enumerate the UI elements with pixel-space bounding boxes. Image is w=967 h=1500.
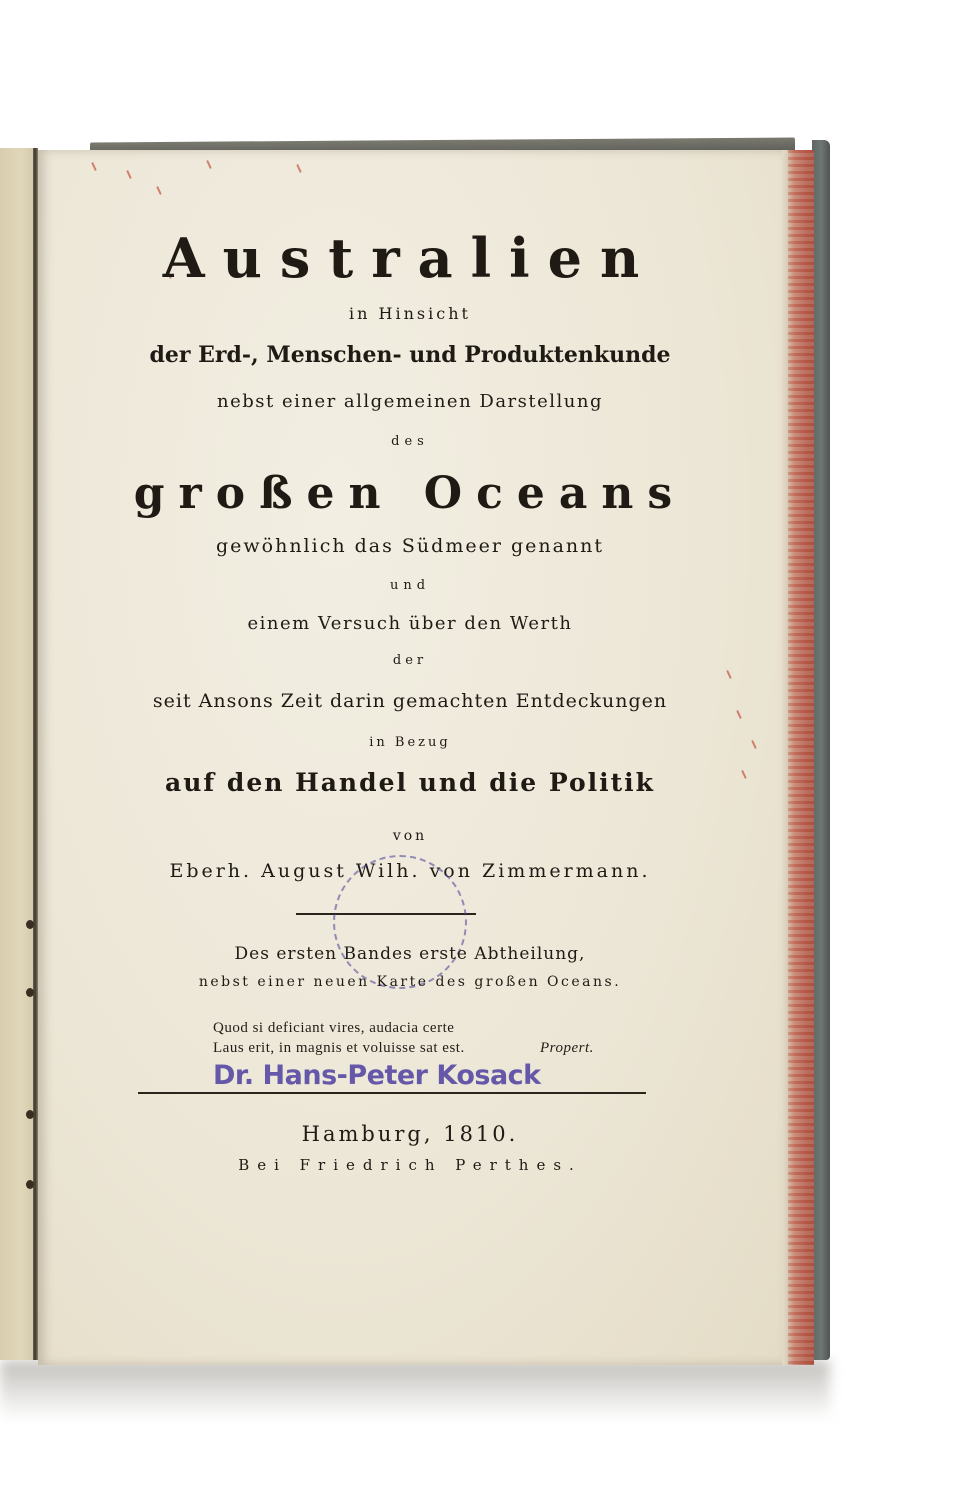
title-page bbox=[38, 150, 782, 1365]
red-speck bbox=[726, 670, 732, 679]
subtitle-line: gewöhnlich das Südmeer genannt bbox=[38, 535, 782, 557]
subtitle-line: des bbox=[38, 434, 782, 449]
subtitle-line: der Erd-, Menschen- und Produktenkunde bbox=[38, 342, 782, 368]
motto-line: Quod si deficiant vires, audacia certe bbox=[213, 1020, 454, 1037]
motto-line: Laus erit, in magnis et voluisse sat est… bbox=[213, 1040, 465, 1057]
imprint-place-year: Hamburg, 1810. bbox=[38, 1122, 782, 1146]
subtitle-line: und bbox=[38, 578, 782, 593]
divider-rule bbox=[138, 1092, 646, 1094]
gutter bbox=[33, 148, 38, 1360]
stitch-hole bbox=[26, 920, 34, 929]
stitch-hole bbox=[26, 1110, 34, 1119]
left-leaf bbox=[0, 148, 36, 1360]
volume-line: nebst einer neuen Karte des großen Ocean… bbox=[38, 974, 782, 990]
red-speck bbox=[206, 160, 212, 169]
volume-line: Des ersten Bandes erste Abtheilung, bbox=[38, 944, 782, 964]
motto-attribution: Propert. bbox=[540, 1040, 594, 1057]
page-fore-edge bbox=[786, 150, 814, 1365]
stitch-hole bbox=[26, 988, 34, 997]
book-cover-right bbox=[812, 140, 830, 1360]
subtitle-line: der bbox=[38, 653, 782, 668]
red-speck bbox=[296, 164, 302, 173]
red-speck bbox=[126, 170, 132, 179]
subtitle-line: in Bezug bbox=[38, 735, 782, 750]
imprint-publisher: Bei Friedrich Perthes. bbox=[38, 1156, 782, 1174]
stitch-hole bbox=[26, 1180, 34, 1189]
subtitle-line: seit Ansons Zeit darin gemachten Entdeck… bbox=[38, 690, 782, 712]
red-speck bbox=[156, 186, 162, 195]
subtitle-line: einem Versuch über den Werth bbox=[38, 613, 782, 634]
library-stamp-circle bbox=[333, 855, 467, 989]
owner-stamp: Dr. Hans-Peter Kosack bbox=[213, 1060, 541, 1091]
subtitle-line: auf den Handel und die Politik bbox=[38, 768, 782, 797]
book-title: Australien bbox=[38, 226, 782, 290]
subtitle-line: in Hinsicht bbox=[38, 304, 782, 323]
title-oceans: großen Oceans bbox=[38, 468, 782, 519]
red-speck bbox=[91, 162, 97, 171]
author-by: von bbox=[38, 828, 782, 844]
subtitle-line: nebst einer allgemeinen Darstellung bbox=[38, 391, 782, 412]
book-shadow bbox=[0, 1360, 830, 1420]
